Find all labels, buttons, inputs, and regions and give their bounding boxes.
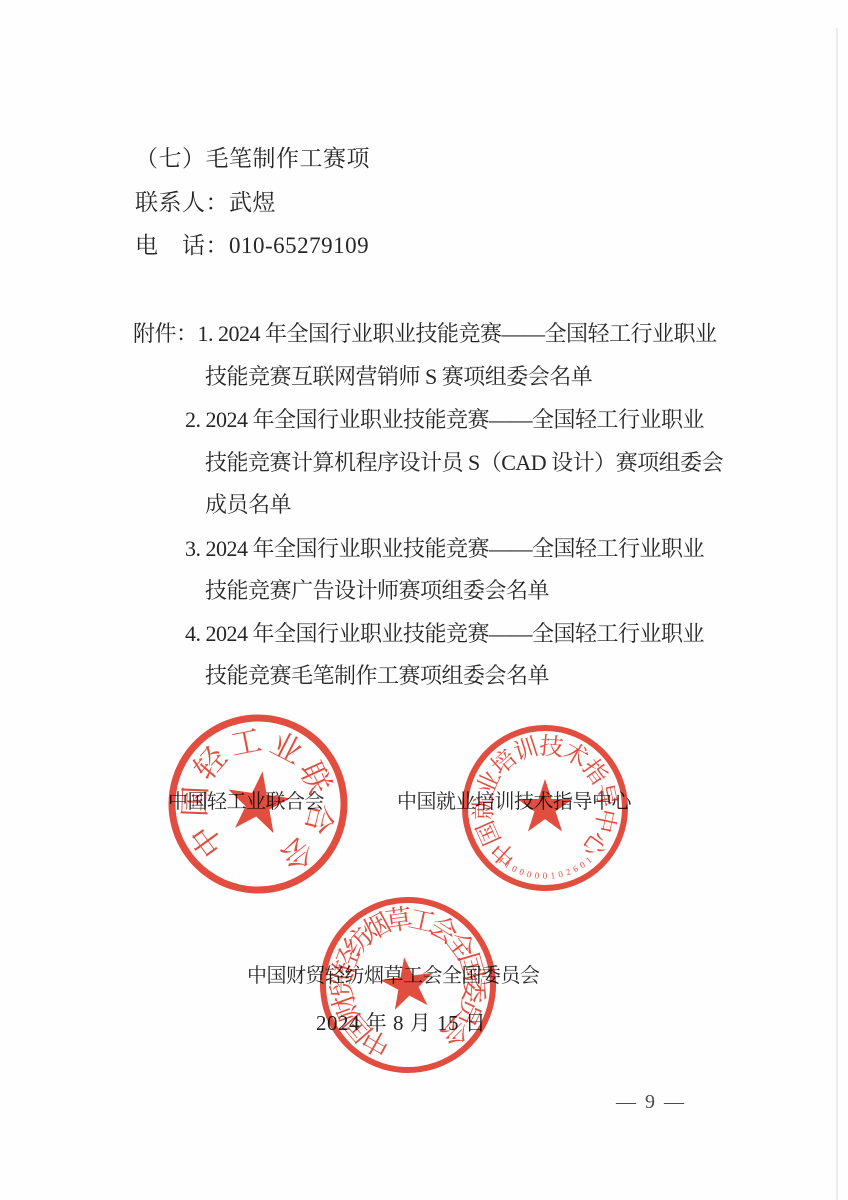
contact-person-line: 联系人：武煜 xyxy=(135,190,276,216)
attachment-item-3-line-2: 技能竞赛广告设计师赛项组委会名单 xyxy=(205,578,549,603)
seal-text-char: 合 xyxy=(298,800,339,838)
section-heading: （七）毛笔制作工赛项 xyxy=(135,146,370,172)
seal-light-industry-federation: 中国轻工业联合会 xyxy=(167,713,349,895)
seal-text-char: 国 xyxy=(177,785,213,817)
attachment-item-1-line-1: 1. 2024 年全国行业职业技能竞赛——全国轻工行业职业 xyxy=(198,321,717,346)
attachment-item-4-line-1: 4. 2024 年全国行业职业技能竞赛——全国轻工行业职业 xyxy=(185,621,704,646)
page-number: — 9 — xyxy=(616,1091,686,1114)
attachment-item-2-line-2: 技能竞赛计算机程序设计员 S（CAD 设计）赛项组委会 xyxy=(205,450,723,475)
seal-text-char: 就 xyxy=(470,796,497,820)
attachment-item-4-line-2: 技能竞赛毛笔制作工赛项组委会名单 xyxy=(205,663,549,688)
seal-serial-digit: 0 xyxy=(534,870,540,881)
seal-serial-digit: 1 xyxy=(550,870,556,880)
phone-line: 电 话：010-65279109 xyxy=(135,233,369,259)
star-icon xyxy=(223,767,293,835)
seal-serial-digit: 0 xyxy=(526,869,533,880)
seal-serial-digit: 2 xyxy=(564,866,572,877)
attachment-item-2-line-1: 2. 2024 年全国行业职业技能竞赛——全国轻工行业职业 xyxy=(185,407,704,432)
star-icon xyxy=(378,954,438,1012)
attachment-line: 附件：1. 2024 年全国行业职业技能竞赛——全国轻工行业职业 xyxy=(133,321,717,346)
seal-serial-digit: 0 xyxy=(510,863,519,874)
star-icon xyxy=(517,779,572,831)
scanned-document-page: （七）毛笔制作工赛项 联系人：武煜 电 话：010-65279109 附件：1.… xyxy=(0,0,848,1200)
seal-finance-trade-tobacco-union: 中国财贸轻纺烟草工会全国委员会 xyxy=(318,895,498,1075)
attachment-item-3-line-1: 3. 2024 年全国行业职业技能竞赛——全国轻工行业职业 xyxy=(185,536,704,561)
seal-serial-digit: 0 xyxy=(543,871,548,881)
attachment-item-1-line-2: 技能竞赛互联网营销师 S 赛项组委会名单 xyxy=(205,364,592,389)
seal-text-char: 导 xyxy=(589,781,620,810)
seal-serial-digit: 0 xyxy=(518,866,526,877)
seal-text-char: 工 xyxy=(227,722,264,762)
scan-edge-line xyxy=(836,28,838,1200)
attachments-label: 附件： xyxy=(133,321,198,346)
seal-employment-training-center: 中国就业培训技术指导中心1100000102601 xyxy=(459,722,631,894)
attachment-item-2-line-3: 成员名单 xyxy=(205,492,291,517)
seal-serial-digit: 0 xyxy=(557,869,564,880)
